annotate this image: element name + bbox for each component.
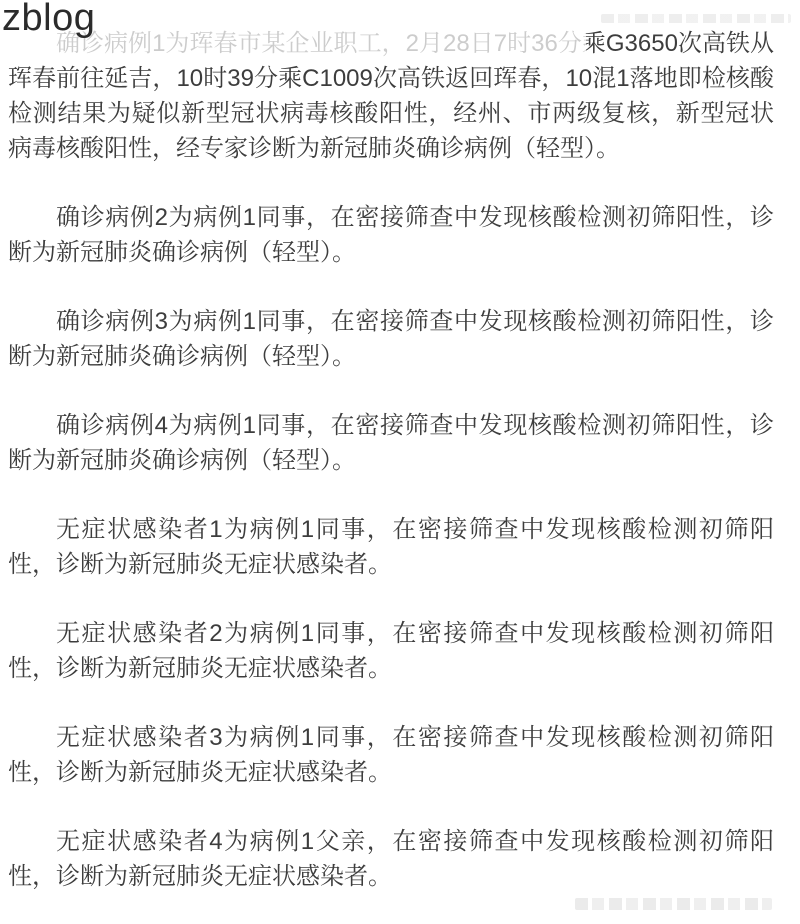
article-body: 确诊病例1为珲春市某企业职工，2月28日7时36分乘G3650次高铁从珲春前往延… [0,0,800,894]
article-paragraph: 确诊病例4为病例1同事，在密接筛查中发现核酸检测初筛阳性，诊断为新冠肺炎确诊病例… [8,408,774,478]
watermark [601,14,791,23]
article-paragraph: 确诊病例3为病例1同事，在密接筛查中发现核酸检测初筛阳性，诊断为新冠肺炎确诊病例… [8,304,774,374]
article-paragraph: 无症状感染者1为病例1同事，在密接筛查中发现核酸检测初筛阳性，诊断为新冠肺炎无症… [8,512,774,582]
article-paragraph: 无症状感染者4为病例1父亲，在密接筛查中发现核酸检测初筛阳性，诊断为新冠肺炎无症… [8,824,774,894]
article-paragraph: 无症状感染者2为病例1同事，在密接筛查中发现核酸检测初筛阳性，诊断为新冠肺炎无症… [8,616,774,686]
watermark [575,898,772,910]
article-paragraph: 无症状感染者3为病例1同事，在密接筛查中发现核酸检测初筛阳性，诊断为新冠肺炎无症… [8,720,774,790]
site-logo[interactable]: zblog [2,0,95,42]
article-paragraph: 确诊病例2为病例1同事，在密接筛查中发现核酸检测初筛阳性，诊断为新冠肺炎确诊病例… [8,200,774,270]
